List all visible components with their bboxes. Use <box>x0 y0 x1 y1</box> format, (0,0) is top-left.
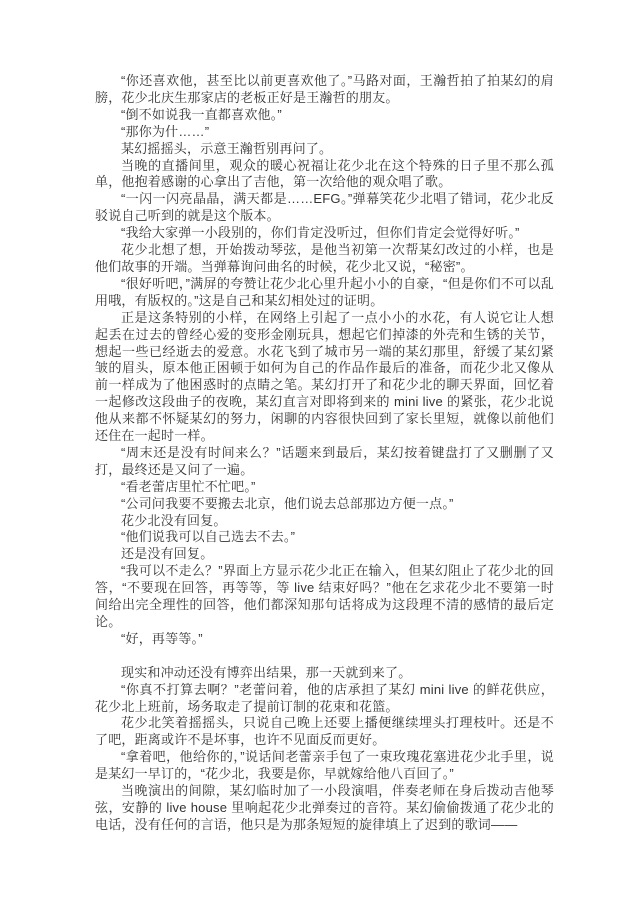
scene-break <box>95 648 554 665</box>
paragraph: “那你为什……” <box>95 124 554 141</box>
paragraph: “公司问我要不要搬去北京，他们说去总部那边方便一点。” <box>95 496 554 513</box>
paragraph: “一闪一闪亮晶晶，满天都是……EFG。”弹幕笑花少北唱了错词，花少北反驳说自己听… <box>95 191 554 225</box>
paragraph: “看老蕾店里忙不忙吧。” <box>95 479 554 496</box>
paragraph: “拿着吧，他给你的，”说话间老蕾亲手包了一束玫瑰花塞进花少北手里，说是某幻一早订… <box>95 749 554 783</box>
paragraph: “你还喜欢他，甚至比以前更喜欢他了。”马路对面，王瀚哲拍了拍某幻的肩膀，花少北庆… <box>95 73 554 107</box>
paragraph: 某幻摇摇头，示意王瀚哲别再问了。 <box>95 141 554 158</box>
paragraph: “我给大家弹一小段别的，你们肯定没听过，但你们肯定会觉得好听。” <box>95 225 554 242</box>
paragraph: 当晚的直播间里，观众的暖心祝福让花少北在这个特殊的日子里不那么孤单，他抱着感谢的… <box>95 158 554 192</box>
paragraph: 现实和冲动还没有博弈出结果，那一天就到来了。 <box>95 665 554 682</box>
document-page: “你还喜欢他，甚至比以前更喜欢他了。”马路对面，王瀚哲拍了拍某幻的肩膀，花少北庆… <box>0 0 640 904</box>
paragraph: “你真不打算去啊？”老蕾问着，他的店承担了某幻 mini live 的鲜花供应，… <box>95 682 554 716</box>
paragraph: 花少北想了想，开始拨动琴弦，是他当初第一次帮某幻改过的小样，也是他们故事的开端。… <box>95 242 554 276</box>
paragraph: “很好听吧，”满屏的夸赞让花少北心里升起小小的自豪，“但是你们不可以乱用哦，有版… <box>95 276 554 310</box>
paragraph: “我可以不走么？”界面上方显示花少北正在输入，但某幻阻止了花少北的回答，“不要现… <box>95 563 554 631</box>
paragraph: 花少北笑着摇摇头，只说自己晚上还要上播便继续埋头打理枝叶。还是不了吧，距离或许不… <box>95 715 554 749</box>
paragraph: 正是这条特别的小样，在网络上引起了一点小小的水花，有人说它让人想起丢在过去的曾经… <box>95 310 554 445</box>
paragraph: “周末还是没有时间来么？”话题来到最后，某幻按着键盘打了又删删了又打，最终还是又… <box>95 445 554 479</box>
paragraph: “他们说我可以自己选去不去。” <box>95 529 554 546</box>
paragraph: “好，再等等。” <box>95 631 554 648</box>
paragraph: 还是没有回复。 <box>95 546 554 563</box>
paragraph: “倒不如说我一直都喜欢他。” <box>95 107 554 124</box>
paragraph: 当晚演出的间隙，某幻临时加了一小段演唱，伴奏老师在身后拨动吉他琴弦，安静的 li… <box>95 783 554 834</box>
paragraph: 花少北没有回复。 <box>95 513 554 530</box>
novel-text-body: “你还喜欢他，甚至比以前更喜欢他了。”马路对面，王瀚哲拍了拍某幻的肩膀，花少北庆… <box>95 73 554 834</box>
